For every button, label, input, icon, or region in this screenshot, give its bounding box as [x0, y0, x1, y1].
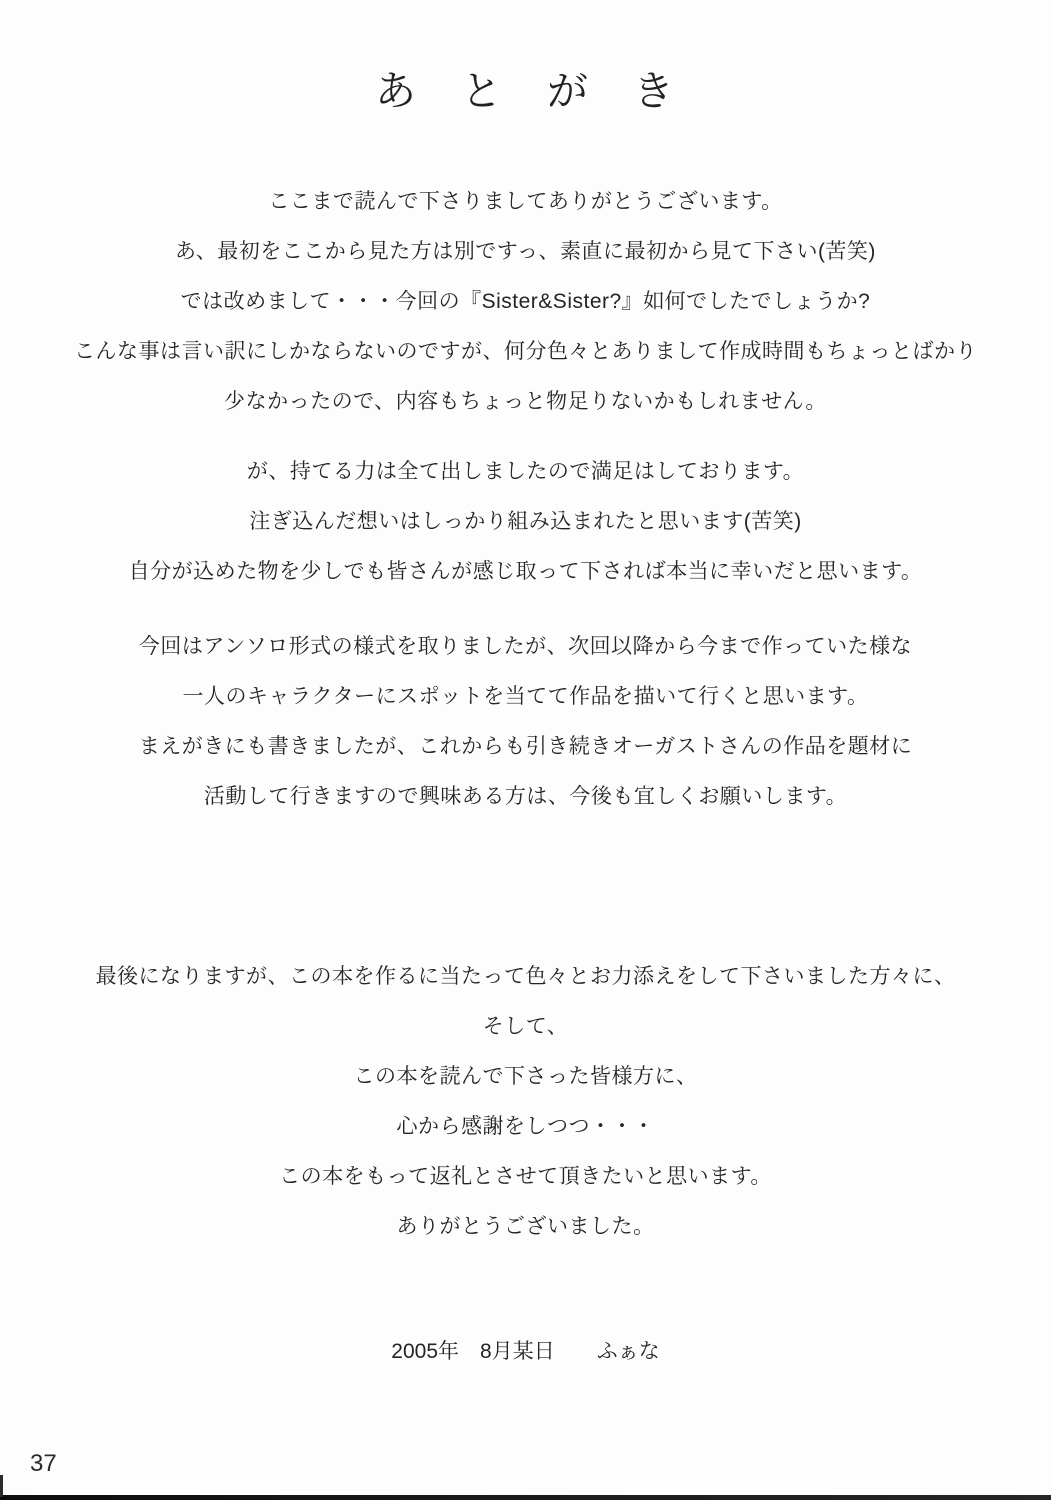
- afterword-line: 少なかったので、内容もちょっと物足りないかもしれません。: [0, 377, 1051, 427]
- afterword-line: 最後になりますが、この本を作るに当たって色々とお力添えをして下さいました方々に、: [0, 952, 1051, 1002]
- afterword-page: あ と が き ここまで読んで下さりましてありがとうございます。 あ、最初をここ…: [0, 0, 1051, 1500]
- afterword-line: 心から感謝をしつつ・・・: [0, 1102, 1051, 1152]
- paragraph-1: ここまで読んで下さりましてありがとうございます。 あ、最初をここから見た方は別で…: [0, 177, 1051, 427]
- afterword-line: ここまで読んで下さりましてありがとうございます。: [0, 177, 1051, 227]
- scan-artifact: [0, 1475, 3, 1497]
- page-number: 37: [30, 1450, 57, 1478]
- afterword-line: あ、最初をここから見た方は別ですっ、素直に最初から見て下さい(苦笑): [0, 227, 1051, 277]
- afterword-line: 活動して行きますので興味ある方は、今後も宜しくお願いします。: [0, 772, 1051, 822]
- afterword-line: ありがとうございました。: [0, 1202, 1051, 1252]
- afterword-line: まえがきにも書きましたが、これからも引き続きオーガストさんの作品を題材に: [0, 722, 1051, 772]
- scan-edge-shadow: [0, 1495, 1051, 1500]
- afterword-line: この本をもって返礼とさせて頂きたいと思います。: [0, 1152, 1051, 1202]
- page-title: あ と が き: [0, 58, 1051, 117]
- afterword-body: ここまで読んで下さりましてありがとうございます。 あ、最初をここから見た方は別で…: [0, 177, 1051, 1377]
- paragraph-3: 今回はアンソロ形式の様式を取りましたが、次回以降から今まで作っていた様な 一人の…: [0, 622, 1051, 822]
- afterword-line: 自分が込めた物を少しでも皆さんが感じ取って下されば本当に幸いだと思います。: [0, 547, 1051, 597]
- afterword-line: では改めまして・・・今回の『Sister&Sister?』如何でしたでしょうか?: [0, 277, 1051, 327]
- date-signature-line: 2005年 8月某日 ふぁな: [0, 1327, 1051, 1377]
- afterword-line: 今回はアンソロ形式の様式を取りましたが、次回以降から今まで作っていた様な: [0, 622, 1051, 672]
- afterword-line: が、持てる力は全て出しましたので満足はしております。: [0, 447, 1051, 497]
- afterword-line: この本を読んで下さった皆様方に、: [0, 1052, 1051, 1102]
- afterword-line: 一人のキャラクターにスポットを当てて作品を描いて行くと思います。: [0, 672, 1051, 722]
- afterword-line: そして、: [0, 1002, 1051, 1052]
- afterword-line: こんな事は言い訳にしかならないのですが、何分色々とありまして作成時間もちょっとば…: [0, 327, 1051, 377]
- afterword-line: 注ぎ込んだ想いはしっかり組み込まれたと思います(苦笑): [0, 497, 1051, 547]
- paragraph-2: が、持てる力は全て出しましたので満足はしております。 注ぎ込んだ想いはしっかり組…: [0, 447, 1051, 597]
- paragraph-4: 最後になりますが、この本を作るに当たって色々とお力添えをして下さいました方々に、…: [0, 952, 1051, 1252]
